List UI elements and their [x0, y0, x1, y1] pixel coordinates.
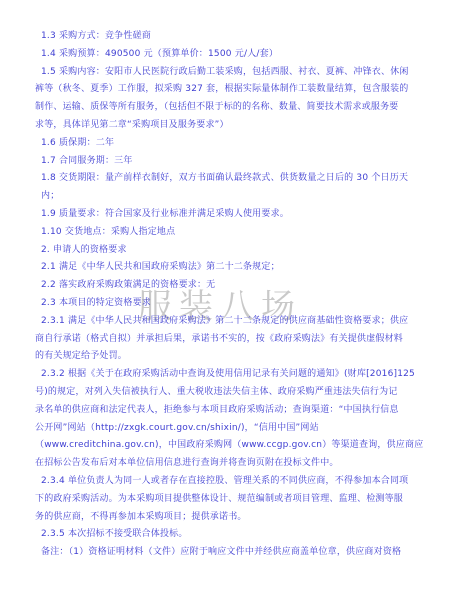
document-body: 1.3 采购方式：竞争性磋商1.4 采购预算：490500 元（预算单价：150…	[35, 28, 423, 562]
text-line: 录名单的供应商和法定代表人，拒绝参与本项目政府采购活动；查询渠道：“中国执行信息	[35, 402, 423, 420]
text-line: 商自行承诺（格式自拟）并承担后果，承诺书不实的，按《政府采购法》有关提供虚假材料	[35, 331, 423, 349]
text-line: （www.creditchina.gov.cn)，中国政府采购网（www.ccg…	[35, 437, 423, 455]
text-line: 备注：（1）资格证明材料（文件）应附于响应文件中并经供应商盖单位章，供应商对资格	[35, 544, 423, 562]
text-line: 内；	[35, 188, 423, 206]
text-line: 求等，具体详见第二章“采购项目及服务要求”）	[35, 117, 423, 135]
text-line: 2. 申请人的资格要求	[35, 242, 423, 260]
text-line: 的有关规定给予处罚。	[35, 348, 423, 366]
text-line: 1.6 质保期：二年	[35, 135, 423, 153]
document-page: 服装八场 1.3 采购方式：竞争性磋商1.4 采购预算：490500 元（预算单…	[0, 0, 450, 600]
text-line: 1.10 交货地点：采购人指定地点	[35, 224, 423, 242]
text-line: 1.4 采购预算：490500 元（预算单价：1500 元/人/套）	[35, 46, 423, 64]
text-line: 2.3.5 本次招标不接受联合体投标。	[35, 526, 423, 544]
text-line: 1.3 采购方式：竞争性磋商	[35, 28, 423, 46]
text-line: 1.7 合同服务期：三年	[35, 153, 423, 171]
text-line: 公开网”网站（http://zxgk.court.gov.cn/shixin/)…	[35, 420, 423, 438]
text-line: 1.8 交货期限：量产前样衣制好，双方书面确认最终款式、供货数量之日后的 30 …	[35, 170, 423, 188]
text-line: 2.1 满足《中华人民共和国政府采购法》第二十二条规定；	[35, 259, 423, 277]
text-line: 2.2 落实政府采购政策满足的资格要求：无	[35, 277, 423, 295]
text-line: 2.3.2 根据《关于在政府采购活动中查询及使用信用记录有关问题的通知》(财库[…	[35, 366, 423, 384]
text-line: 2.3 本项目的特定资格要求	[35, 295, 423, 313]
text-line: 2.3.4 单位负责人为同一人或者存在直接控股、管理关系的不同供应商，不得参加本…	[35, 473, 423, 491]
text-line: 1.5 采购内容：安阳市人民医院行政后勤工装采购，包括西服、衬衣、夏裤、冲锋衣、…	[35, 64, 423, 82]
text-line: 号)的规定，对列入失信被执行人、重大税收违法失信主体、政府采购严重违法失信行为记	[35, 384, 423, 402]
text-line: 裤等（秋冬、夏季）工作服，拟采购 327 套，根据实际量体制作工装数量结算，包含…	[35, 81, 423, 99]
text-line: 2.3.1 满足《中华人民共和国政府采购法》第二十二条规定的供应商基础性资格要求…	[35, 313, 423, 331]
text-line: 务的供应商，不得再参加本采购项目；提供承诺书。	[35, 509, 423, 527]
text-line: 在招标公告发布后对本单位信用信息进行查询并将查询页附在投标文件中。	[35, 455, 423, 473]
text-line: 1.9 质量要求：符合国家及行业标准并满足采购人使用要求。	[35, 206, 423, 224]
text-line: 下的政府采购活动。为本采购项目提供整体设计、规范编制或者项目管理、监理、检测等服	[35, 491, 423, 509]
text-line: 制作、运输、质保等所有服务，（包括但不限于标的的名称、数量、简要技术需求或服务要	[35, 99, 423, 117]
